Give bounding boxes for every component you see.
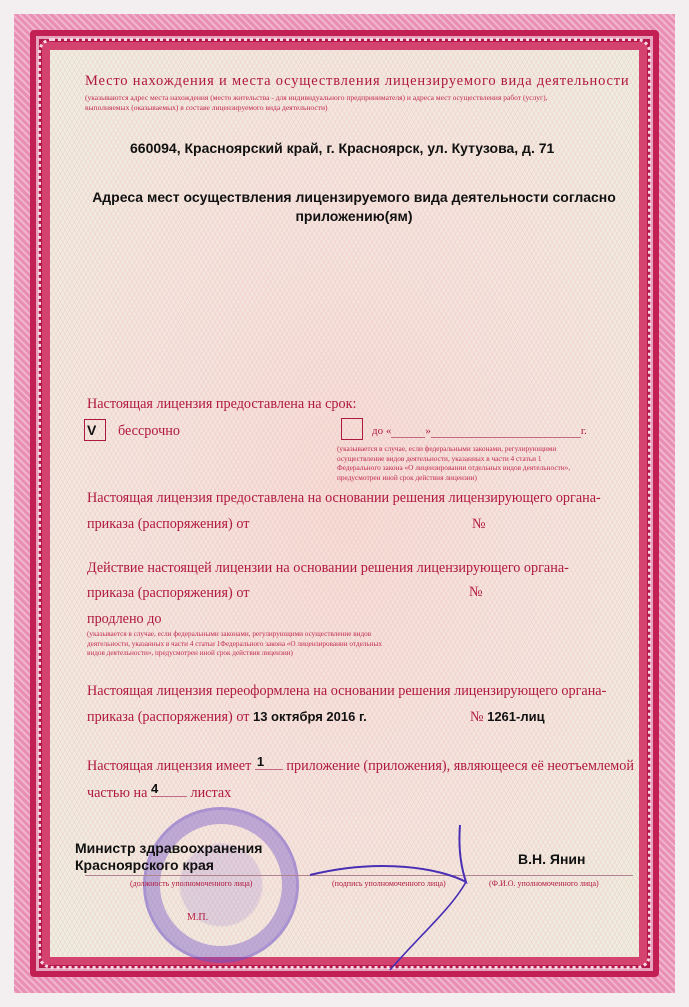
reissued-line-2: приказа (распоряжения) от 13 октября 201… (87, 709, 367, 726)
extended-line-2: приказа (распоряжения) от (87, 585, 249, 602)
granted-line-1: Настоящая лицензия предоставлена на осно… (87, 490, 601, 507)
title-note-line-2: выполняемых (оказываемых) в составе лице… (85, 103, 327, 113)
position-line-1: Министр здравоохранения (75, 840, 262, 857)
appendix-suffix: листах (191, 785, 232, 801)
places-of-activity: Адреса мест осуществления лицензируемого… (84, 188, 624, 226)
until-note-line: Федерального закона «О лицензировании от… (337, 463, 629, 473)
extended-note-line: (указывается в случае, если федеральными… (87, 630, 457, 640)
granted-line-2: приказа (распоряжения) от (87, 516, 249, 533)
until-note-line: (указывается в случае, если федеральными… (337, 444, 629, 454)
appendix-line-1: Настоящая лицензия имеет 1 приложение (п… (87, 754, 634, 775)
indefinite-label: бессрочно (118, 423, 180, 440)
appendix-sheets: 4 (151, 781, 187, 797)
reissued-number-value: 1261-лиц (487, 709, 545, 724)
places-line-2: приложению(ям) (84, 207, 624, 226)
reissued-line-2-text: приказа (распоряжения) от (87, 709, 249, 725)
until-date-note: (указывается в случае, если федеральными… (337, 444, 629, 482)
until-month-year-blank (431, 425, 581, 438)
places-line-1: Адреса мест осуществления лицензируемого… (84, 188, 624, 207)
check-mark: V (87, 422, 96, 438)
appendix-part-prefix: частью на (87, 785, 147, 801)
reissued-date: 13 октября 2016 г. (253, 709, 367, 724)
granted-number-label: № (472, 516, 486, 533)
until-prefix: до « (372, 425, 391, 437)
extended-note-line: деятельности, указанных в части 4 статьи… (87, 640, 457, 650)
until-suffix: г. (581, 425, 587, 437)
extended-note-line: видов деятельности», предусмотрен иной с… (87, 649, 457, 659)
term-heading: Настоящая лицензия предоставлена на срок… (87, 396, 356, 413)
signatory-name: В.Н. Янин (518, 851, 585, 867)
appendix-middle: приложение (приложения), являющееся её н… (286, 758, 634, 774)
title-note-line-1: (указываются адрес места нахождения (мес… (85, 93, 548, 103)
until-day-blank (391, 425, 425, 438)
name-caption: (Ф.И.О. уполномоченного лица) (489, 879, 599, 888)
extended-line-3: продлено до (87, 611, 162, 628)
appendix-count: 1 (255, 754, 283, 770)
until-note-line: предусмотрен иной срок действия лицензии… (337, 473, 629, 483)
until-date-checkbox[interactable] (341, 418, 363, 440)
extended-number-label: № (469, 584, 483, 601)
until-note-line: осуществление видов деятельности, указан… (337, 454, 629, 464)
handwritten-signature (300, 820, 500, 980)
appendix-prefix: Настоящая лицензия имеет (87, 758, 251, 774)
signatory-position: Министр здравоохранения Красноярского кр… (75, 840, 262, 874)
appendix-line-2: частью на 4 листах (87, 781, 231, 802)
indefinite-checkbox[interactable]: V (84, 419, 106, 441)
until-date-field: до « » г. (372, 425, 587, 438)
position-line-2: Красноярского края (75, 857, 262, 874)
license-address: 660094, Красноярский край, г. Красноярск… (130, 140, 554, 156)
reissued-number: № 1261-лиц (470, 709, 545, 726)
extended-line-1: Действие настоящей лицензии на основании… (87, 560, 569, 577)
reissued-line-1: Настоящая лицензия переоформлена на осно… (87, 683, 606, 700)
extended-note: (указывается в случае, если федеральными… (87, 630, 457, 659)
seal-place-label: М.П. (187, 912, 208, 923)
reissued-number-label: № (470, 709, 484, 725)
section-title: Место нахождения и места осуществления л… (85, 73, 629, 90)
position-caption: (должность уполномоченного лица) (130, 879, 252, 888)
